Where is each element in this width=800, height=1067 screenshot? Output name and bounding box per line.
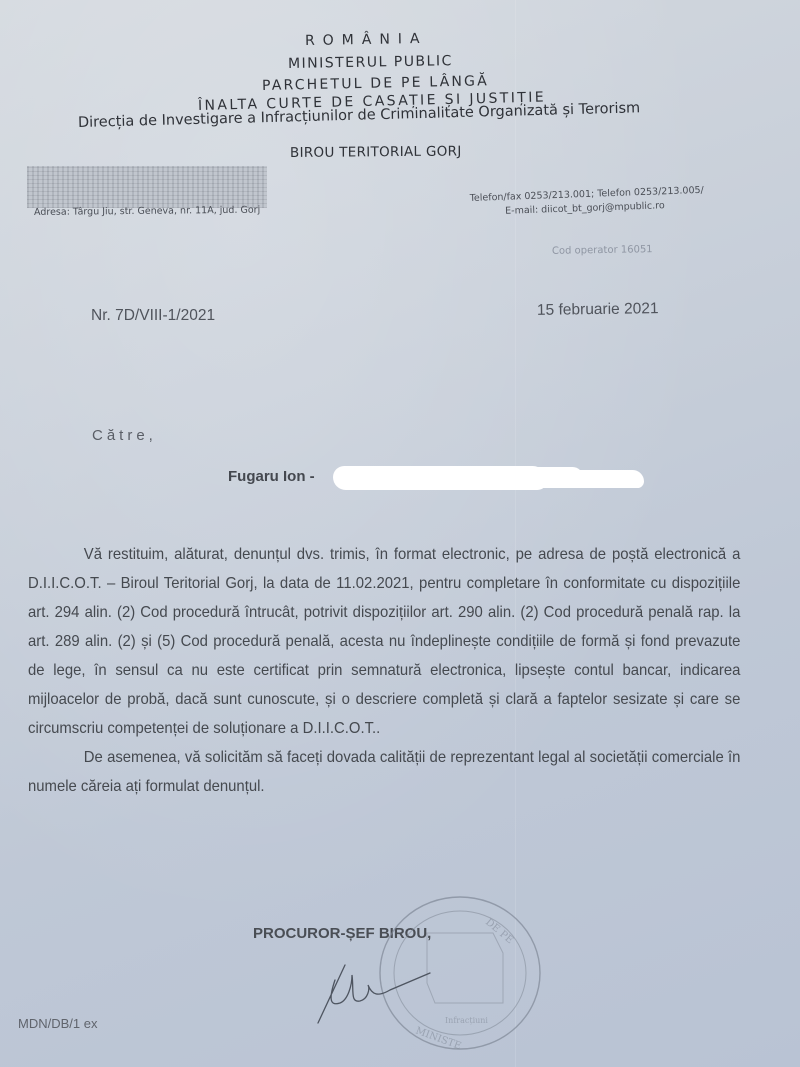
letter-date: 15 februarie 2021 [537,300,659,320]
recipient-name: Fugaru Ion - [228,468,315,485]
office-address: Adresa: Târgu Jiu, str. Geneva, nr. 11A,… [34,205,260,218]
operator-code: Cod operator 16051 [552,244,653,257]
addressee-label: Către, [92,427,157,444]
ministry-name: MINISTERUL PUBLIC [288,53,453,72]
svg-text:DE PE: DE PE [483,917,515,946]
handwritten-signature [290,945,440,1025]
redacted-logo [27,166,267,208]
body-paragraph: Vă restituim, alăturat, denunțul dvs. tr… [28,540,740,743]
redaction-mark [333,466,547,490]
svg-text:MINISTE: MINISTE [414,1025,463,1052]
document-footer-code: MDN/DB/1 ex [18,1016,97,1031]
reference-number: Nr. 7D/VIII-1/2021 [91,307,215,325]
letter-body: Vă restituim, alăturat, denunțul dvs. tr… [28,540,740,801]
bureau-name: BIROU TERITORIAL GORJ [290,144,462,161]
contact-info: Telefon/fax 0253/213.001; Telefon 0253/2… [470,185,705,218]
svg-text:Infracțiuni: Infracțiuni [445,1016,488,1025]
country-name: ROMÂNIA [305,31,428,49]
body-paragraph: De asemenea, vă solicităm să faceți dova… [28,743,740,801]
